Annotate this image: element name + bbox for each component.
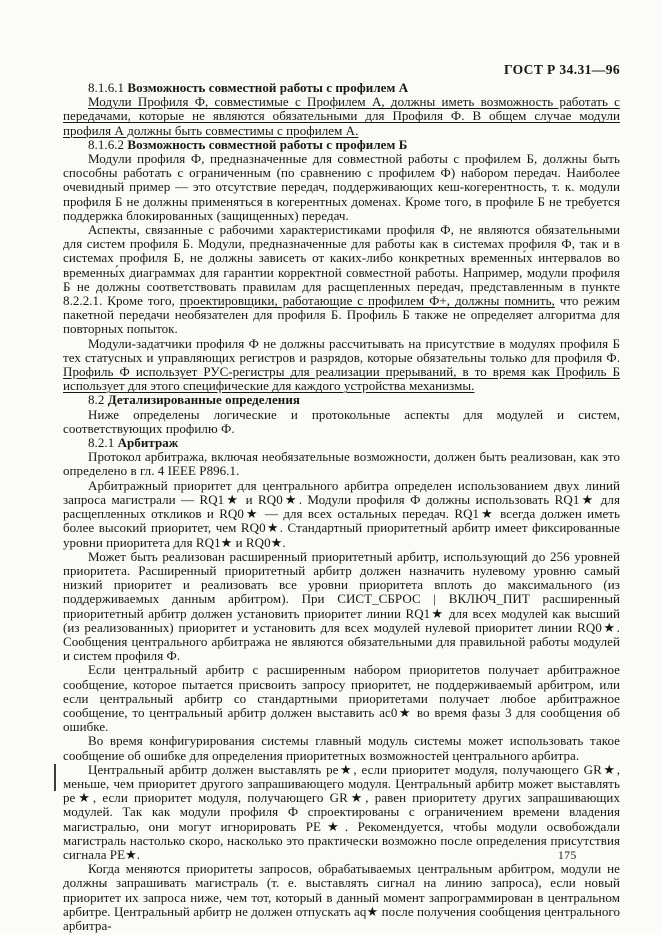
section-title: Возможность совместной работы с профилем… (127, 80, 408, 95)
paragraph: Если центральный арбитр с расширенным на… (63, 663, 620, 734)
text-run: Во время конфигурирования системы главны… (63, 733, 620, 762)
section-heading: 8.1.6.2 Возможность совместной работы с … (63, 138, 620, 152)
paragraph: Центральный арбитр должен выставлять pe★… (63, 763, 620, 862)
section-heading: 8.2 Детализированные определения (63, 393, 620, 407)
text-run: Если центральный арбитр с расширенным на… (63, 662, 620, 734)
section-title: Детализированные определения (108, 392, 300, 407)
underlined-text-run: Профиль Ф использует РУС-регистры для ре… (63, 364, 620, 393)
paragraph: Во время конфигурирования системы главны… (63, 734, 620, 762)
text-run: Модули-задатчики профиля Ф не должны рас… (63, 336, 620, 365)
paragraph: Протокол арбитража, включая необязательн… (63, 450, 620, 478)
section-number: 8.2.1 (88, 435, 118, 450)
document-standard-code: ГОСТ Р 34.31—96 (504, 62, 620, 78)
paragraph: Модули профиля Ф, предназначенные для со… (63, 152, 620, 223)
scan-artifact (65, 914, 67, 916)
paragraph: Может быть реализован расширенный приори… (63, 550, 620, 664)
paragraph: Модули Профиля Ф, совместимые с Профилем… (63, 95, 620, 138)
text-run: Центральный арбитр должен выставлять pe★… (63, 762, 620, 862)
section-title: Арбитраж (118, 435, 179, 450)
margin-change-bar (54, 764, 56, 791)
underlined-text-run: проектировщики, работающие с профилем Ф+… (180, 293, 555, 308)
document-page: ГОСТ Р 34.31—96 8.1.6.1 Возможность совм… (0, 0, 661, 935)
section-heading: 8.2.1 Арбитраж (63, 436, 620, 450)
section-title: Возможность совместной работы с профилем… (127, 137, 407, 152)
scan-artifact (104, 882, 106, 886)
text-run: Когда меняются приоритеты запросов, обра… (63, 861, 620, 933)
paragraph: Арбитражный приоритет для центрального а… (63, 479, 620, 550)
paragraph: Ниже определены логические и протокольны… (63, 408, 620, 436)
section-number: 8.1.6.2 (88, 137, 127, 152)
text-run: Модули профиля Ф, предназначенные для со… (63, 151, 620, 223)
underlined-text-run: Модули Профиля Ф, совместимые с Профилем… (63, 94, 620, 137)
text-run: Может быть реализован расширенный приори… (63, 549, 620, 663)
paragraph: Модули-задатчики профиля Ф не должны рас… (63, 337, 620, 394)
text-run: Протокол арбитража, включая необязательн… (63, 449, 620, 478)
paragraph: Аспекты, связанные с рабочими характерис… (63, 223, 620, 337)
text-run: Ниже определены логические и протокольны… (63, 407, 620, 436)
section-number: 8.1.6.1 (88, 80, 127, 95)
section-number: 8.2 (88, 392, 108, 407)
document-body: 8.1.6.1 Возможность совместной работы с … (63, 81, 620, 933)
section-heading: 8.1.6.1 Возможность совместной работы с … (63, 81, 620, 95)
text-run: Арбитражный приоритет для центрального а… (63, 478, 620, 550)
page-number: 175 (558, 850, 577, 862)
paragraph: Когда меняются приоритеты запросов, обра… (63, 862, 620, 933)
